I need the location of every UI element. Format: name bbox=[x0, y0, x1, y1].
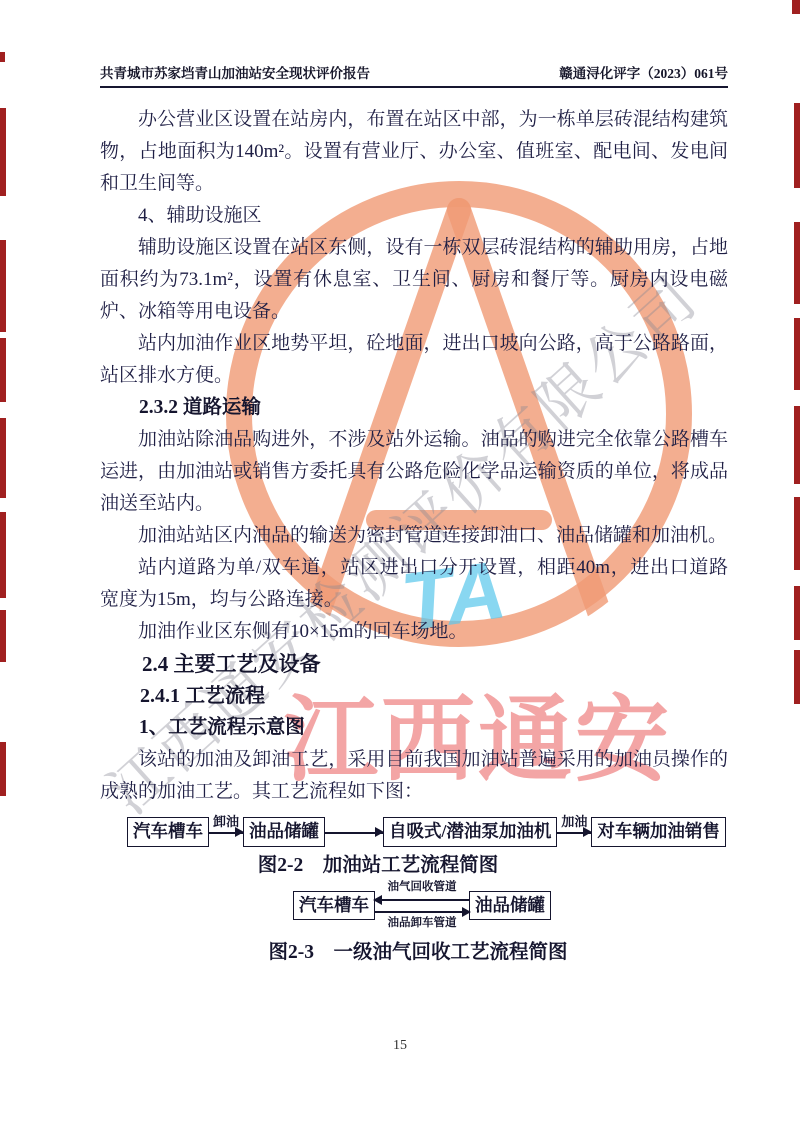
scan-edge-mark bbox=[794, 318, 800, 390]
scan-edge-mark bbox=[794, 406, 800, 484]
scan-edge-mark bbox=[794, 103, 800, 188]
figure-2-2-caption: 图2-2 加油站工艺流程简图 bbox=[258, 849, 499, 877]
paragraph-auxiliary-area: 辅助设施区设置在站区东侧，设有一栋双层砖混结构的辅助用房，占地面积约为73.1m… bbox=[100, 232, 728, 328]
paragraph-road-3: 站内道路为单/双车道，站区进出口分开设置，相距40m，进出口道路宽度为15m，均… bbox=[100, 552, 728, 616]
paragraph-process-intro: 该站的加油及卸油工艺，采用目前我国加油站普遍采用的加油员操作的成熟的加油工艺。其… bbox=[100, 744, 728, 808]
scan-edge-mark bbox=[0, 512, 6, 598]
scan-edge-mark bbox=[0, 52, 5, 62]
vapor-recovery-arrow bbox=[374, 899, 470, 901]
paragraph-road-2: 加油站站区内油品的输送为密封管道连接卸油口、油品储罐和加油机。 bbox=[100, 520, 728, 552]
paragraph-road-1: 加油站除油品购进外，不涉及站外运输。油品的购进完全依靠公路槽车运进，由加油站或销… bbox=[100, 424, 728, 520]
flow-arrow-plain bbox=[325, 813, 383, 851]
header-report-title: 共青城市苏家垱青山加油站安全现状评价报告 bbox=[100, 62, 370, 82]
subheading-auxiliary-area: 4、辅助设施区 bbox=[100, 200, 728, 232]
flow-node-vehicle-sale: 对车辆加油销售 bbox=[591, 817, 726, 847]
flow-arrow-refuel: 加油 bbox=[557, 813, 591, 851]
oil-unloading-arrow bbox=[374, 911, 470, 913]
subheading-flow-diagram: 1、工艺流程示意图 bbox=[100, 712, 728, 744]
header-divider bbox=[100, 86, 728, 88]
flow-arrow-unload: 卸油 bbox=[209, 813, 243, 851]
document-page: TA 江西通安检测评价有限公司 江西通安 共青城市苏家垱青山加油站安全现状评价报… bbox=[0, 0, 800, 1131]
scan-edge-mark bbox=[0, 240, 6, 332]
figure-2-3-flow-diagram: 汽车槽车 油气回收管道 油品卸车管道 油品储罐 bbox=[293, 882, 551, 929]
scan-edge-mark bbox=[794, 650, 800, 704]
heading-2-4-1-process-flow: 2.4.1 工艺流程 bbox=[100, 680, 728, 712]
vapor-node-storage-tank: 油品储罐 bbox=[469, 891, 551, 921]
header-document-number: 赣通浔化评字（2023）061号 bbox=[559, 62, 728, 82]
scan-edge-mark bbox=[0, 610, 6, 662]
flow-node-tank-truck: 汽车槽车 bbox=[127, 817, 209, 847]
heading-2-4-main-process: 2.4 主要工艺及设备 bbox=[100, 648, 728, 680]
figure-2-2-flow-diagram: 汽车槽车 卸油 油品储罐 自吸式/潜油泵加油机 加油 对车辆加油销售 bbox=[127, 813, 726, 851]
scan-edge-mark bbox=[0, 742, 6, 796]
vapor-recovery-pipe-label: 油气回收管道 bbox=[388, 882, 457, 894]
scan-edge-mark bbox=[0, 338, 6, 402]
scan-edge-mark bbox=[794, 222, 800, 304]
scan-edge-mark bbox=[794, 497, 800, 570]
paragraph-road-4: 加油作业区东侧有10×15m的回车场地。 bbox=[100, 616, 728, 648]
body-text: 办公营业区设置在站房内，布置在站区中部，为一栋单层砖混结构建筑物，占地面积为14… bbox=[100, 104, 728, 808]
figure-2-3-caption: 图2-3 一级油气回收工艺流程简图 bbox=[269, 936, 568, 964]
page-number: 15 bbox=[0, 1038, 800, 1054]
scan-edge-mark bbox=[794, 586, 800, 640]
page-header: 共青城市苏家垱青山加油站安全现状评价报告 赣通浔化评字（2023）061号 bbox=[100, 62, 728, 82]
heading-2-3-2-road-transport: 2.3.2 道路运输 bbox=[100, 392, 728, 424]
oil-unloading-pipe-label: 油品卸车管道 bbox=[388, 918, 457, 930]
paragraph-office-area: 办公营业区设置在站房内，布置在站区中部，为一栋单层砖混结构建筑物，占地面积为14… bbox=[100, 104, 728, 200]
scan-edge-mark bbox=[792, 0, 800, 14]
flow-node-dispenser: 自吸式/潜油泵加油机 bbox=[383, 817, 557, 847]
paragraph-terrain: 站内加油作业区地势平坦，砼地面，进出口坡向公路，高于公路路面，站区排水方便。 bbox=[100, 328, 728, 392]
vapor-node-tank-truck: 汽车槽车 bbox=[293, 891, 375, 921]
scan-edge-mark bbox=[0, 418, 6, 498]
scan-edge-mark bbox=[0, 108, 6, 196]
flow-node-storage-tank: 油品储罐 bbox=[243, 817, 325, 847]
vapor-arrows: 油气回收管道 油品卸车管道 bbox=[374, 882, 470, 929]
